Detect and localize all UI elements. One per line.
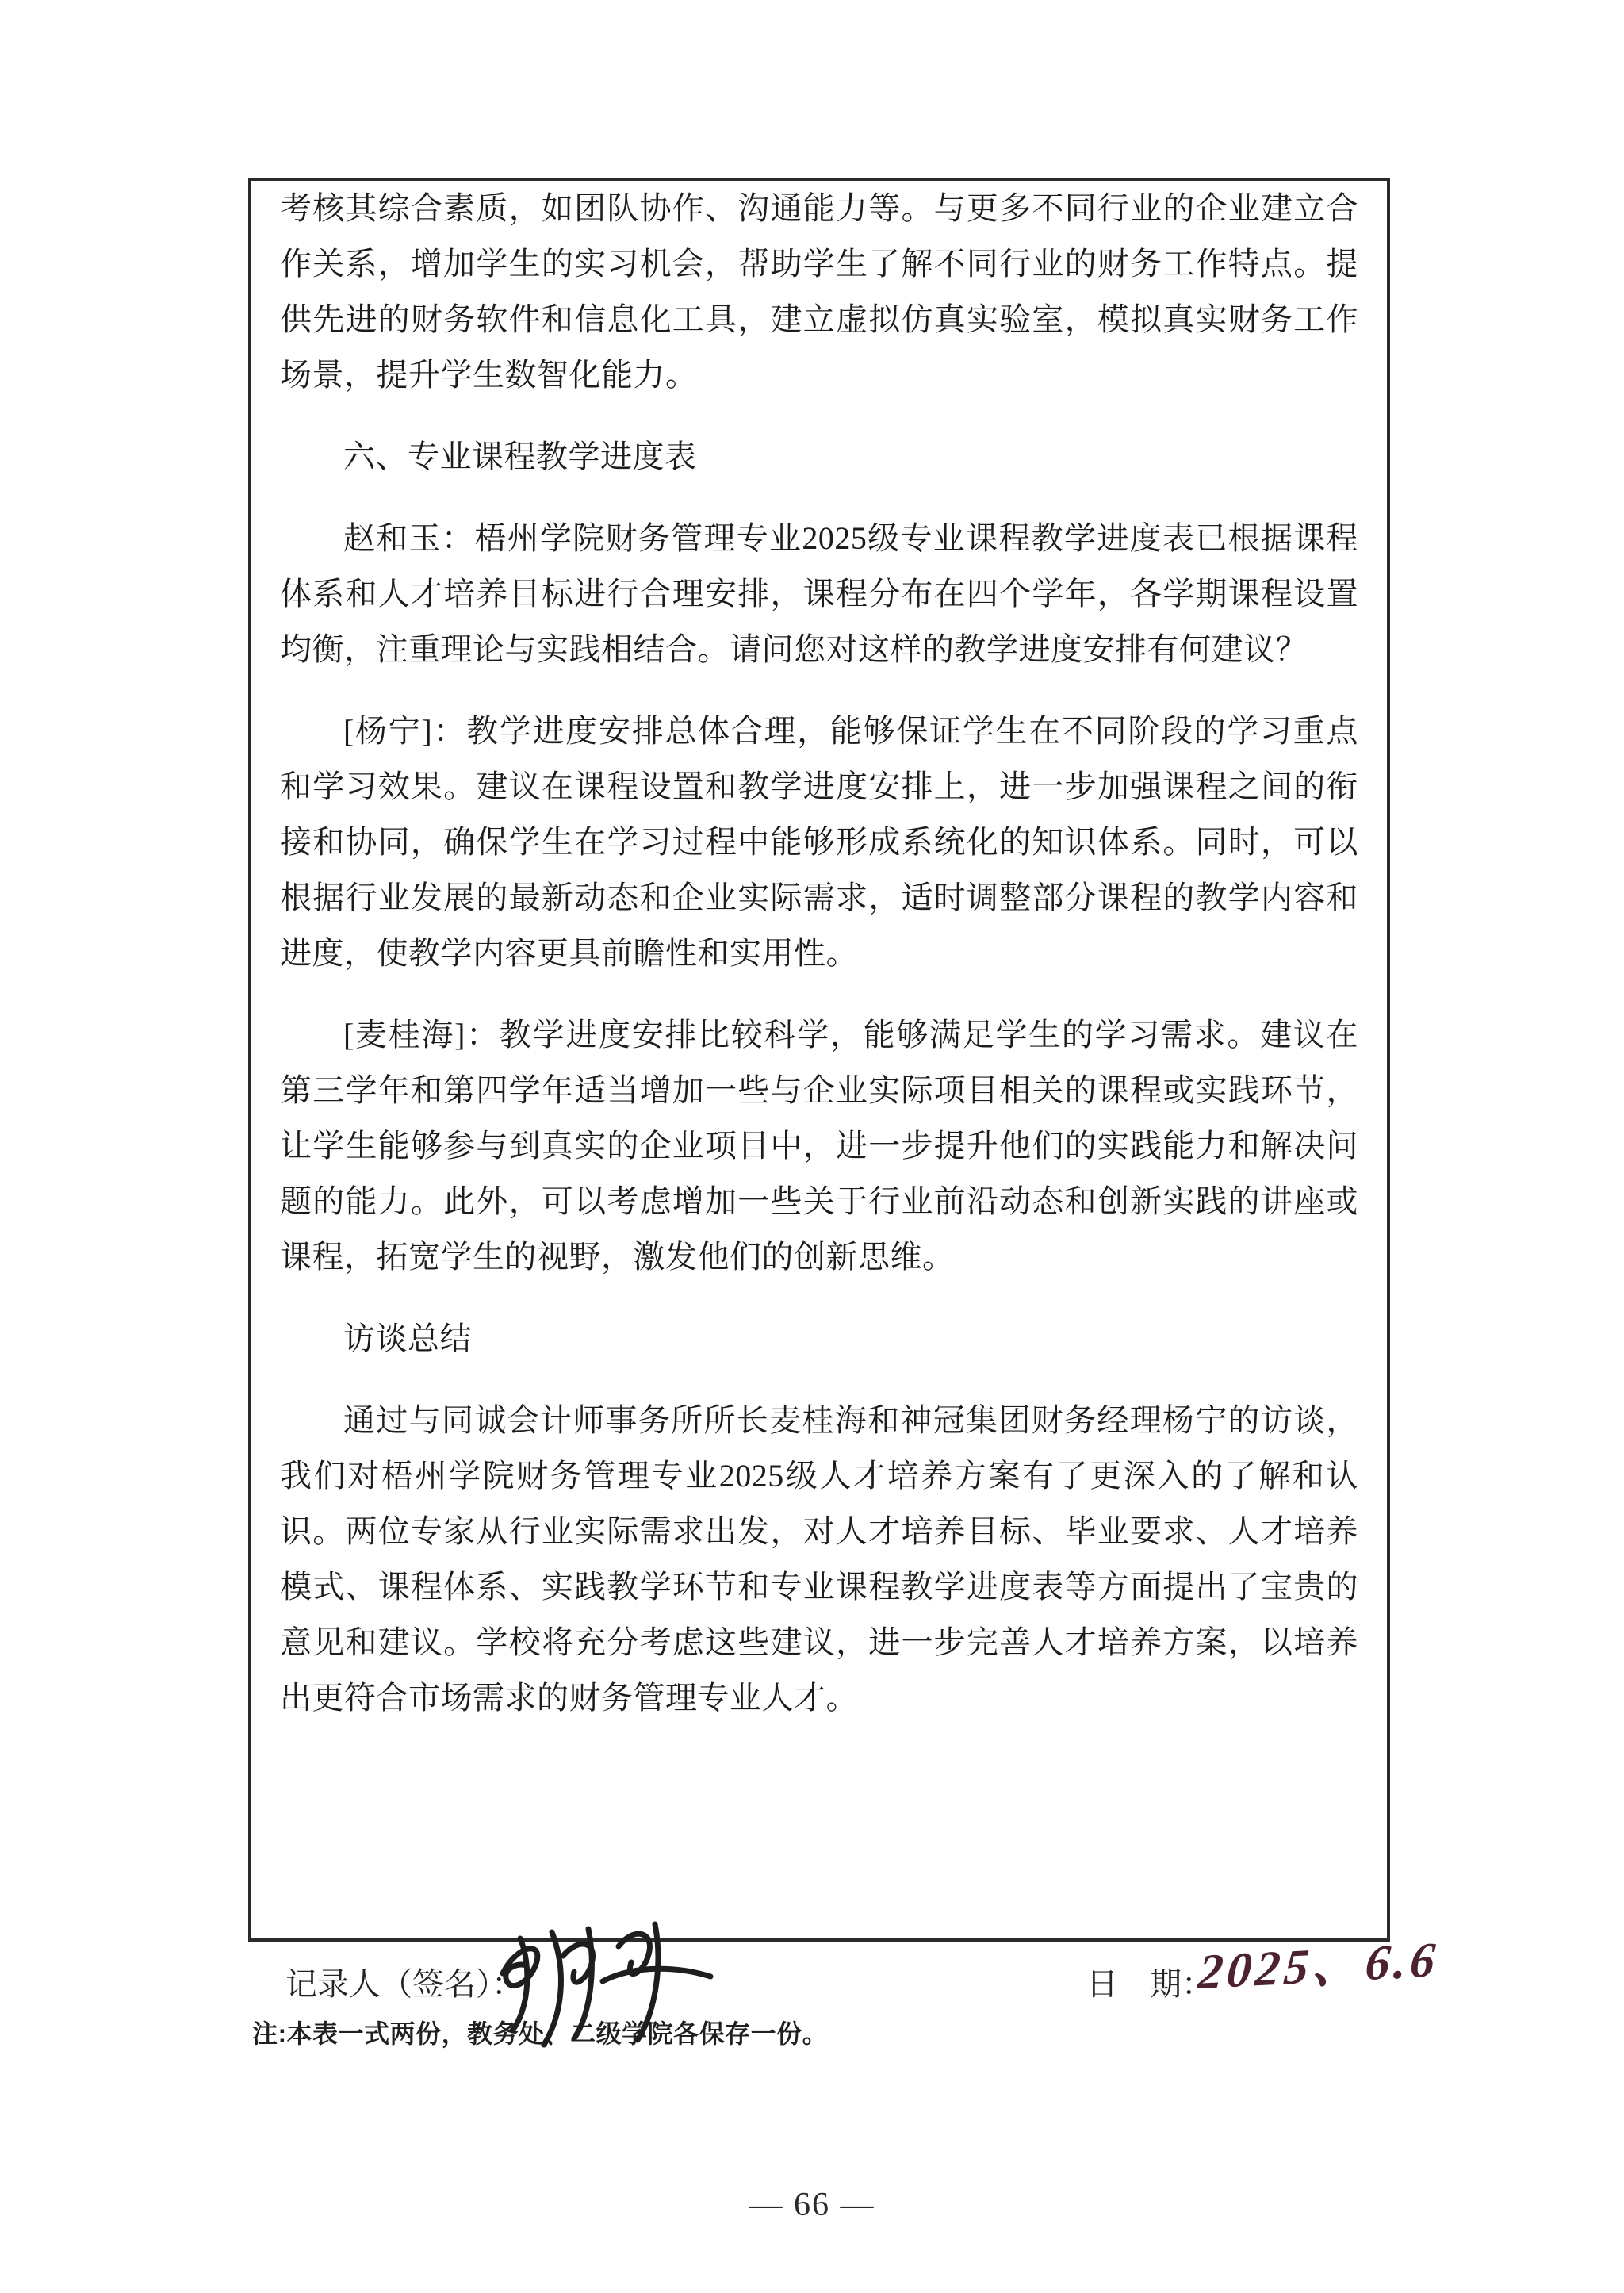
paragraph-answer-yangning: [杨宁]：教学进度安排总体合理，能够保证学生在不同阶段的学习重点和学习效果。建议… (280, 704, 1358, 981)
summary-heading: 访谈总结 (280, 1311, 1358, 1367)
form-cell-border: 考核其综合素质，如团队协作、沟通能力等。与更多不同行业的企业建立合作关系，增加学… (248, 178, 1390, 1942)
paragraph-summary: 通过与同诚会计师事务所所长麦桂海和神冠集团财务经理杨宁的访谈，我们对梧州学院财务… (280, 1393, 1358, 1726)
paragraph-continued: 考核其综合素质，如团队协作、沟通能力等。与更多不同行业的企业建立合作关系，增加学… (280, 181, 1358, 403)
paragraph-answer-maiguihai: [麦桂海]：教学进度安排比较科学，能够满足学生的学习需求。建议在第三学年和第四学… (280, 1007, 1358, 1285)
section-heading: 六、专业课程教学进度表 (280, 429, 1358, 485)
form-note: 注:本表一式两份，教务处、二级学院各保存一份。 (252, 2016, 828, 2051)
date-label: 日 期： (1086, 1965, 1213, 2003)
paragraph-question-zhaoheyu: 赵和玉：梧州学院财务管理专业2025级专业课程教学进度表已根据课程体系和人才培养… (280, 511, 1358, 677)
page-number: — 66 — (0, 2186, 1624, 2224)
date-handwritten-value: 2025、6.6 (1196, 1919, 1442, 2003)
